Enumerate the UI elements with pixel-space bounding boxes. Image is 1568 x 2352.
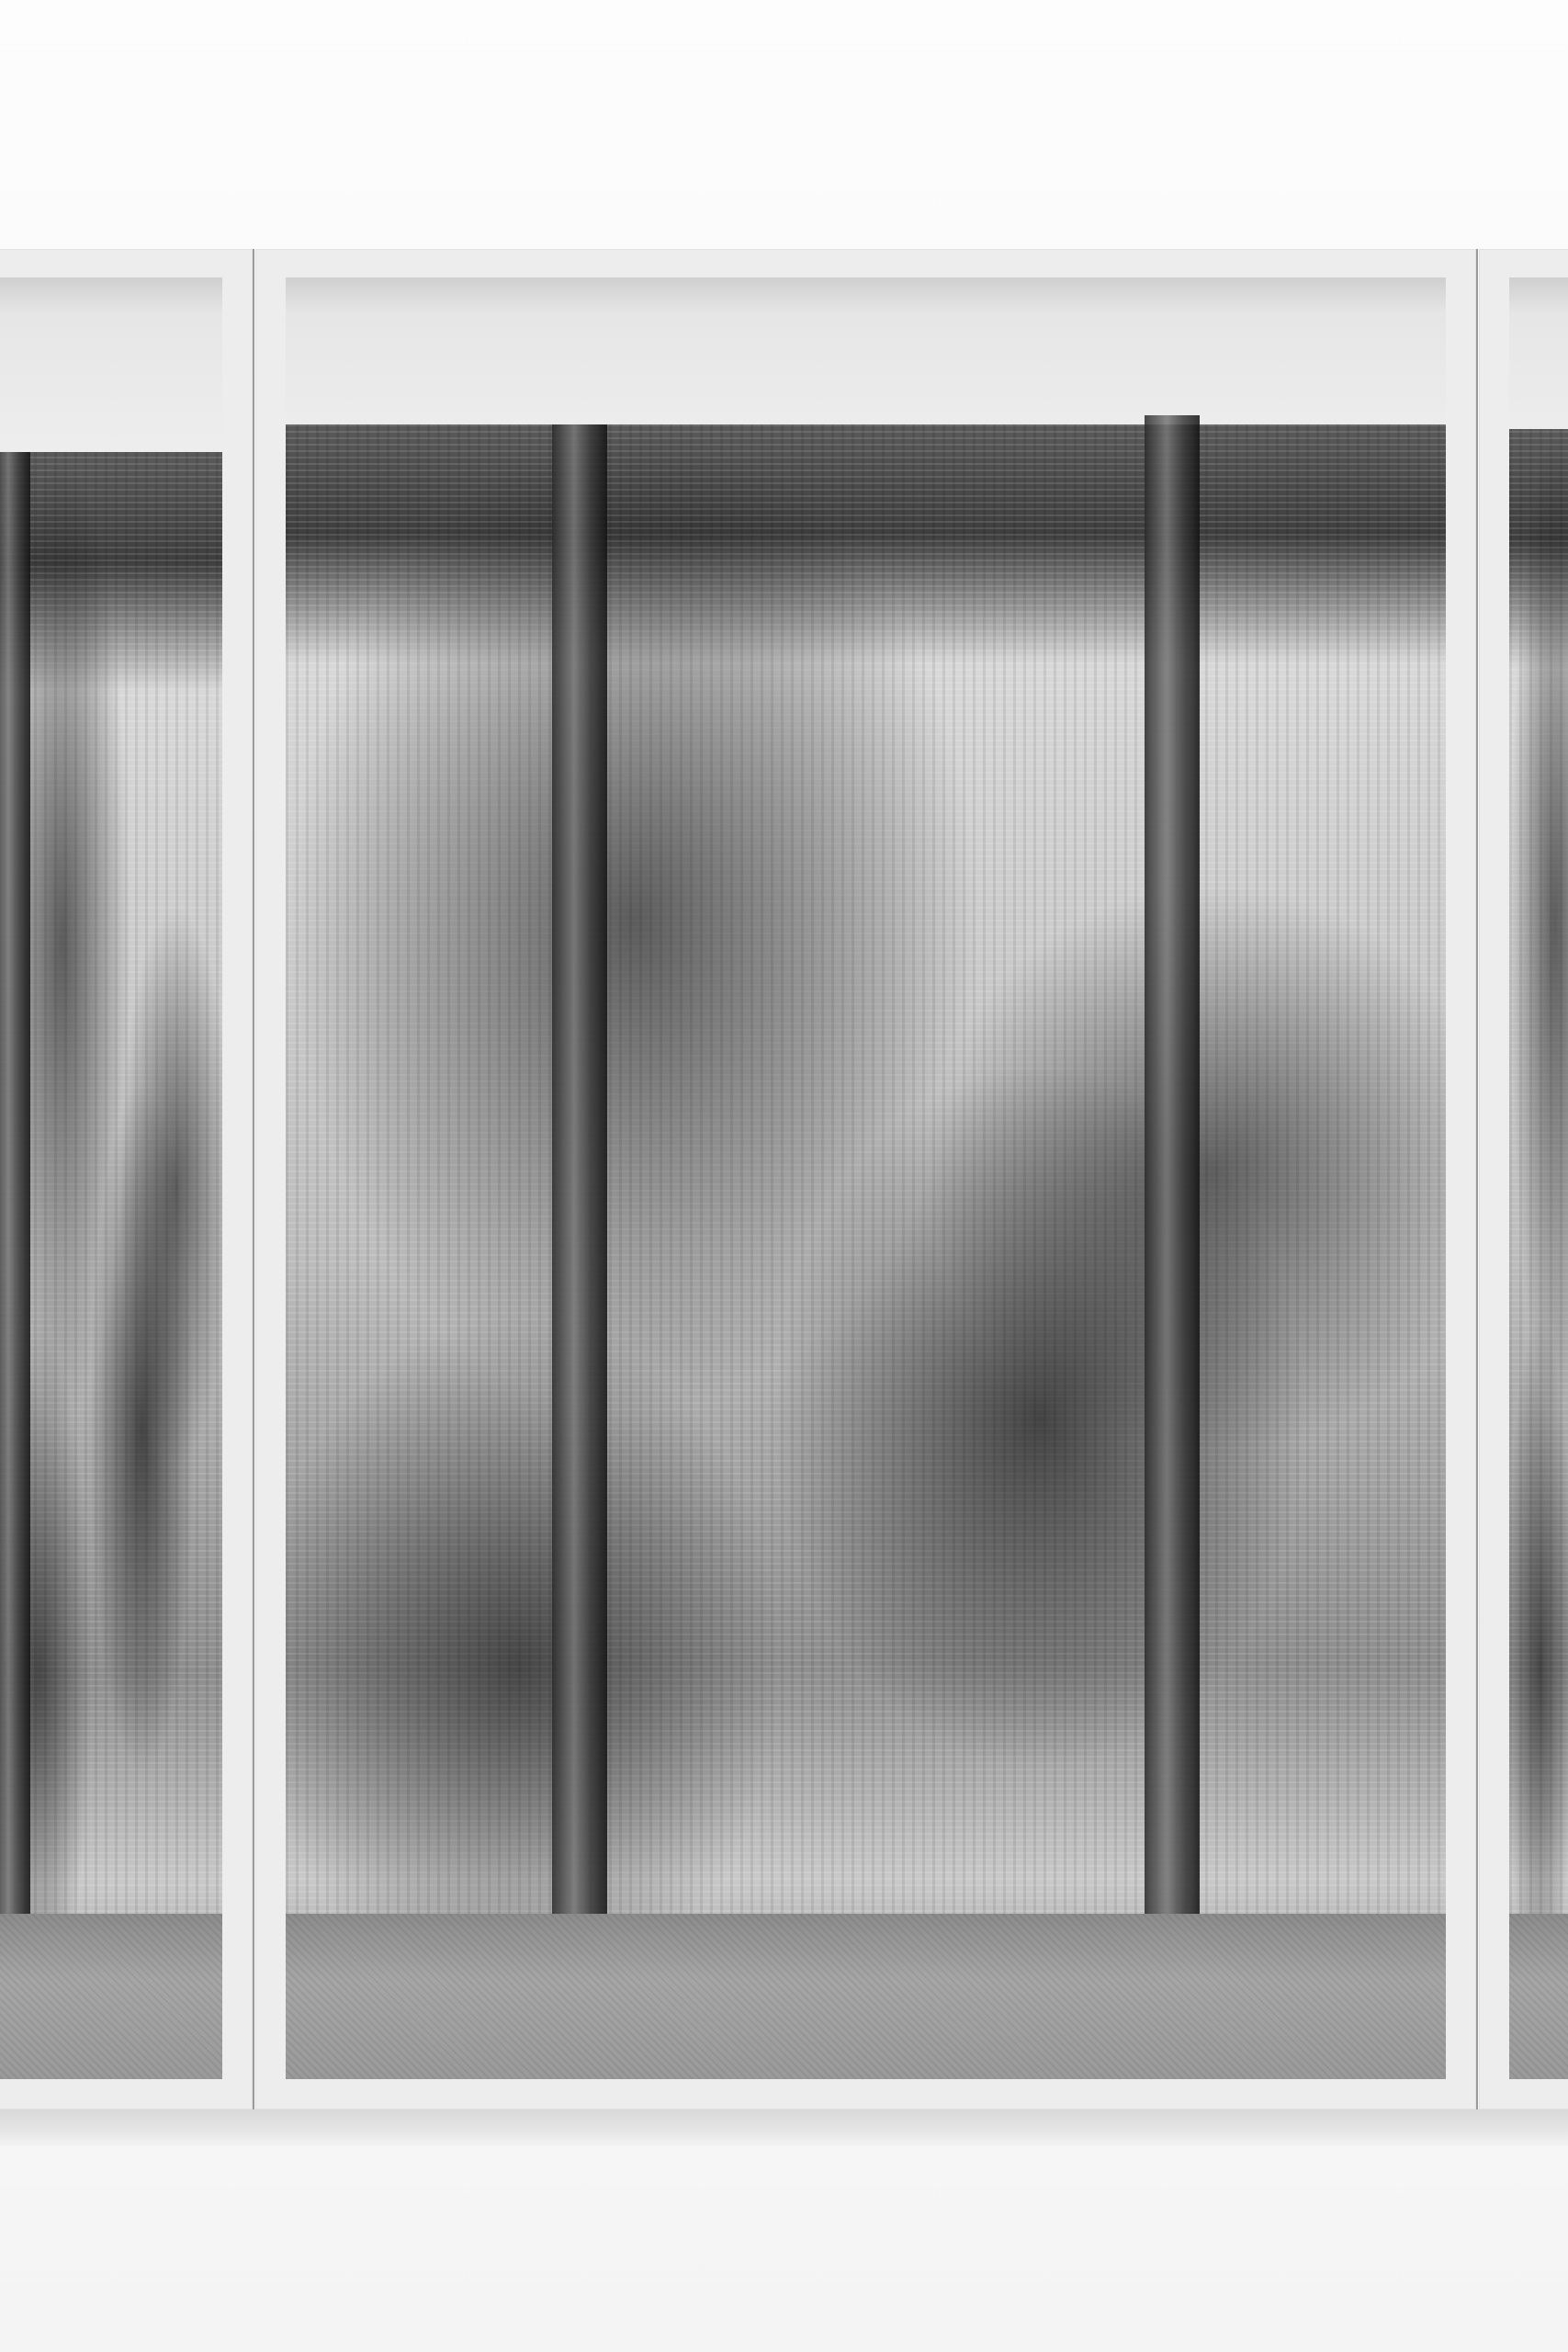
- wall-seam-2: [1145, 415, 1200, 1914]
- frame-left: [0, 249, 253, 2109]
- mat-left: [0, 277, 222, 2079]
- photo-center: [286, 424, 1446, 2079]
- ground: [286, 1914, 1446, 2079]
- photo-left: [0, 452, 222, 2079]
- photo-right: [1509, 429, 1568, 2079]
- mat-center: [286, 277, 1446, 2079]
- ground: [1509, 1914, 1568, 2079]
- wall-seam: [0, 452, 30, 1914]
- frame-gap: [1476, 249, 1478, 2109]
- frame-center: [255, 249, 1476, 2109]
- mat-right: [1509, 277, 1568, 2079]
- frame-shadow: [0, 2109, 1568, 2146]
- frame-right: [1479, 249, 1568, 2109]
- frame-gap: [253, 249, 254, 2109]
- ground: [0, 1914, 222, 2079]
- wall-seam-1: [552, 424, 607, 1914]
